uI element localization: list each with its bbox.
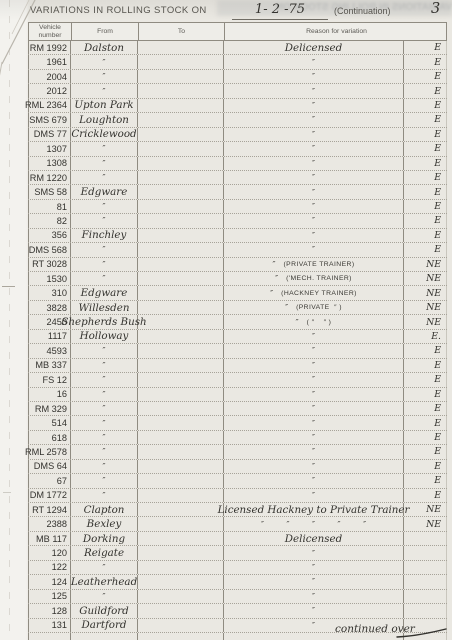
margin-tick	[3, 492, 11, 493]
table-row: 125 ″ ″	[28, 590, 447, 604]
to-cell	[138, 258, 224, 271]
from-cell: Shepherds Bush	[71, 315, 138, 328]
status-cell: NE	[404, 315, 447, 328]
to-cell	[138, 315, 224, 328]
vehicle-number-cell: RM 1992	[28, 41, 71, 54]
status-cell: E	[404, 243, 447, 256]
status-cell: NE	[404, 272, 447, 285]
to-cell	[138, 402, 224, 415]
table-row: 2388 Bexley ″ ″ ″ ″ ″ NE	[28, 517, 447, 531]
from-location: Holloway	[80, 330, 129, 342]
ditto-mark: ″	[103, 476, 106, 485]
from-cell: ″	[71, 445, 138, 458]
status-cell: E	[404, 431, 447, 444]
from-location: Dartford	[82, 619, 127, 631]
vehicle-number-cell: RML 2578	[28, 445, 71, 458]
to-cell	[138, 633, 224, 640]
from-cell: Dorking	[71, 532, 138, 545]
ditto-mark: ″	[103, 433, 106, 442]
vehicle-number-cell: RT 1294	[28, 503, 71, 516]
table-row: 2450 Shepherds Bush ″( ″ ″ ) NE	[28, 315, 447, 329]
vehicle-number-cell: 1117	[28, 330, 71, 343]
to-cell	[138, 301, 224, 314]
continuation-label: (Continuation)	[334, 6, 391, 16]
to-cell	[138, 113, 224, 126]
ditto-mark: ″	[312, 202, 315, 211]
from-cell: ″	[71, 70, 138, 83]
ditto-mark: ″	[103, 404, 106, 413]
from-cell: ″	[71, 388, 138, 401]
to-cell	[138, 416, 224, 429]
table-row: 356 Finchley ″ E	[28, 229, 447, 243]
vehicle-number-cell: RT 3028	[28, 258, 71, 271]
to-cell	[138, 359, 224, 372]
vehicle-number-cell: MB 117	[28, 532, 71, 545]
ditto-mark: ″	[103, 375, 106, 384]
vehicle-number-cell: 122	[28, 561, 71, 574]
vehicle-number-cell: 356	[28, 229, 71, 242]
to-cell	[138, 590, 224, 603]
vehicle-number-cell: 618	[28, 431, 71, 444]
ditto-mark: ″	[312, 159, 315, 168]
table-row: RT 1294 Clapton Licensed Hackney to Priv…	[28, 503, 447, 517]
reason-cell: ″	[224, 214, 404, 227]
ditto-mark: ″	[103, 144, 106, 153]
reason-cell: ″	[224, 546, 404, 559]
to-cell	[138, 70, 224, 83]
status-cell: E	[404, 157, 447, 170]
ditto-mark: ″	[103, 390, 106, 399]
ditto-mark: ″	[312, 87, 315, 96]
reason-cell: ″	[224, 388, 404, 401]
from-cell: ″	[71, 344, 138, 357]
from-cell: Clapton	[71, 503, 138, 516]
column-header-from: From	[72, 23, 139, 40]
from-location: Dorking	[83, 533, 125, 545]
to-cell	[138, 330, 224, 343]
table-row: 2012 ″ ″ E	[28, 84, 447, 98]
ditto-mark: ″	[103, 563, 106, 572]
vehicle-number-cell: MB 337	[28, 359, 71, 372]
status-cell: E	[404, 373, 447, 386]
status-cell: E	[404, 229, 447, 242]
column-header-text: number	[38, 32, 61, 40]
from-location: Upton Park	[74, 99, 133, 111]
from-location: Edgware	[81, 287, 128, 299]
ditto-mark: ″	[312, 216, 315, 225]
table-row: 81 ″ ″ E	[28, 200, 447, 214]
to-cell	[138, 445, 224, 458]
ditto-mark: ″	[312, 72, 315, 81]
to-cell	[138, 84, 224, 97]
status-cell	[404, 575, 447, 588]
vehicle-number-cell: 81	[28, 200, 71, 213]
to-cell	[138, 561, 224, 574]
reason-cell: ″	[224, 157, 404, 170]
from-cell: Edgware	[71, 185, 138, 198]
to-cell	[138, 229, 224, 242]
vehicle-number-cell: 2388	[28, 517, 71, 530]
from-location: Clapton	[84, 504, 125, 516]
table-body: RM 1992 Dalston Delicensed E 1961 ″ ″ E …	[28, 41, 447, 640]
vehicle-number-cell: DMS 64	[28, 460, 71, 473]
reason-cell: ″ ″ ″ ″ ″	[224, 517, 404, 530]
to-cell	[138, 185, 224, 198]
table-row: 2004 ″ ″ E	[28, 70, 447, 84]
reason-cell: Delicensed	[224, 41, 404, 54]
from-cell: ″	[71, 272, 138, 285]
to-cell	[138, 272, 224, 285]
vehicle-number-cell: 1961	[28, 55, 71, 68]
to-cell	[138, 99, 224, 112]
table-row: RM 329 ″ ″ E	[28, 402, 447, 416]
reason-cell: ″	[224, 561, 404, 574]
ditto-mark: ″	[312, 188, 315, 197]
table-row: 1117 Holloway ″ E.	[28, 330, 447, 344]
from-location: Leatherhead	[71, 576, 137, 588]
to-cell	[138, 373, 224, 386]
from-location: Loughton	[79, 114, 129, 126]
ditto-mark: ″	[103, 58, 106, 67]
ditto-mark: ″	[273, 260, 276, 269]
status-cell: NE	[404, 258, 447, 271]
ditto-mark: ″	[103, 202, 106, 211]
reason-cell: ″(PRIVATE ″ )	[224, 301, 404, 314]
rolling-stock-table: Vehicle number From To Reason for variat…	[28, 22, 447, 640]
ditto-mark: ″	[103, 159, 106, 168]
ditto-mark: ″	[312, 433, 315, 442]
table-row: DMS 568 ″ ″ E	[28, 243, 447, 257]
ditto-mark: ″	[312, 419, 315, 428]
table-row: RM 1220 ″ ″ E	[28, 171, 447, 185]
to-cell	[138, 286, 224, 299]
status-cell: E	[404, 200, 447, 213]
from-cell: Reigate	[71, 546, 138, 559]
vehicle-number-cell: 4593	[28, 344, 71, 357]
reason-cell: ″	[224, 243, 404, 256]
from-cell: ″	[71, 561, 138, 574]
to-cell	[138, 503, 224, 516]
table-row: 1961 ″ ″ E	[28, 55, 447, 69]
ditto-mark: ″	[312, 462, 315, 471]
table-row: 514 ″ ″ E	[28, 416, 447, 430]
vehicle-number-cell: 131	[28, 619, 71, 632]
to-cell	[138, 431, 224, 444]
table-row: SMS 679 Loughton ″ E	[28, 113, 447, 127]
reason-text: Delicensed	[285, 42, 342, 54]
status-cell: E	[404, 70, 447, 83]
ditto-mark: ″	[312, 577, 315, 586]
from-cell: ″	[71, 373, 138, 386]
reason-cell: ″	[224, 113, 404, 126]
status-cell: NE	[404, 301, 447, 314]
from-location: Edgware	[81, 186, 128, 198]
from-location: Reigate	[84, 547, 124, 559]
table-row: 16 ″ ″ E	[28, 388, 447, 402]
vehicle-number-cell: 120	[28, 546, 71, 559]
to-cell	[138, 489, 224, 502]
ditto-mark: ″	[103, 274, 106, 283]
to-cell	[138, 128, 224, 141]
ditto-mark: ″	[312, 245, 315, 254]
from-location: Dalston	[84, 42, 124, 54]
from-cell: ″	[71, 431, 138, 444]
status-cell: E	[404, 402, 447, 415]
reason-cell: ″	[224, 200, 404, 213]
ditto-mark: ″	[312, 606, 315, 615]
table-row: RT 3028 ″ ″(PRIVATE TRAINER) NE	[28, 258, 447, 272]
ditto-mark: ″	[103, 173, 106, 182]
from-location: Cricklewood	[71, 128, 136, 140]
from-cell: Holloway	[71, 330, 138, 343]
table-row: 82 ″ ″ E	[28, 214, 447, 228]
from-cell: ″	[71, 157, 138, 170]
reason-cell: ″	[224, 70, 404, 83]
status-cell: E	[404, 344, 447, 357]
from-cell	[71, 633, 138, 640]
reason-cell: ″	[224, 402, 404, 415]
from-cell: Bexley	[71, 517, 138, 530]
table-row: 120 Reigate ″	[28, 546, 447, 560]
margin-rule	[9, 0, 10, 640]
status-cell: E	[404, 489, 447, 502]
reason-cell: ″	[224, 330, 404, 343]
ditto-mark: ″	[312, 130, 315, 139]
reason-cell: Delicensed	[224, 532, 404, 545]
column-header-reason: Reason for variation	[225, 23, 448, 40]
ditto-mark: ″	[103, 361, 106, 370]
reason-annotation: (PRIVATE ″ )	[296, 304, 342, 311]
scanned-form-page: VARIATIONS IN ROLLING STOCK ON VARIATION…	[0, 0, 452, 640]
from-cell: Finchley	[71, 229, 138, 242]
reason-cell: ″	[224, 474, 404, 487]
ditto-mark: ″	[312, 491, 315, 500]
ditto-mark: ″	[312, 361, 315, 370]
from-cell: ″	[71, 590, 138, 603]
margin-tick	[2, 286, 15, 287]
reason-cell: ″('MECH. TRAINER)	[224, 272, 404, 285]
vehicle-number-cell: 2012	[28, 84, 71, 97]
status-cell: E	[404, 113, 447, 126]
table-row: 4593 ″ ″ E	[28, 344, 447, 358]
to-cell	[138, 388, 224, 401]
vehicle-number-cell: RML 2364	[28, 99, 71, 112]
reason-cell: ″(PRIVATE TRAINER)	[224, 258, 404, 271]
ditto-mark: ″	[312, 332, 315, 341]
table-row: DMS 64 ″ ″ E	[28, 460, 447, 474]
ditto-mark: ″	[103, 87, 106, 96]
from-location: Guildford	[79, 605, 129, 617]
to-cell	[138, 142, 224, 155]
column-header-to: To	[139, 23, 225, 40]
from-cell: ″	[71, 416, 138, 429]
to-cell	[138, 243, 224, 256]
status-cell: NE	[404, 286, 447, 299]
from-cell: Loughton	[71, 113, 138, 126]
vehicle-number-cell: SMS 58	[28, 185, 71, 198]
status-cell	[404, 604, 447, 617]
status-cell: E	[404, 388, 447, 401]
ditto-mark: ″	[312, 144, 315, 153]
to-cell	[138, 41, 224, 54]
ditto-mark: ″	[312, 447, 315, 456]
ditto-mark: ″	[312, 101, 315, 110]
ditto-mark: ″	[312, 375, 315, 384]
from-cell: ″	[71, 460, 138, 473]
vehicle-number-cell	[28, 633, 71, 640]
status-cell: E.	[404, 330, 447, 343]
ditto-mark: ″	[312, 621, 315, 630]
reason-cell: ″	[224, 55, 404, 68]
status-cell: E	[404, 445, 447, 458]
status-cell	[404, 546, 447, 559]
status-cell: E	[404, 474, 447, 487]
table-row: DM 1772 ″ ″ E	[28, 489, 447, 503]
to-cell	[138, 171, 224, 184]
table-row: 124 Leatherhead ″	[28, 575, 447, 589]
to-cell	[138, 157, 224, 170]
page-number: 3	[431, 1, 440, 17]
reason-cell: ″	[224, 445, 404, 458]
status-cell: E	[404, 142, 447, 155]
ditto-mark: ″	[270, 289, 273, 298]
vehicle-number-cell: 1530	[28, 272, 71, 285]
ditto-mark: ″	[312, 231, 315, 240]
reason-cell: ″	[224, 185, 404, 198]
reason-annotation: (HACKNEY TRAINER)	[281, 290, 357, 297]
from-cell: ″	[71, 359, 138, 372]
from-cell: Willesden	[71, 301, 138, 314]
reason-cell: ″(HACKNEY TRAINER)	[224, 286, 404, 299]
ditto-mark: ″	[103, 447, 106, 456]
table-row: 3828 Willesden ″(PRIVATE ″ ) NE	[28, 301, 447, 315]
ditto-mark: ″	[285, 303, 288, 312]
vehicle-number-cell: SMS 679	[28, 113, 71, 126]
from-cell: Guildford	[71, 604, 138, 617]
vehicle-number-cell: 1307	[28, 142, 71, 155]
status-cell: E	[404, 55, 447, 68]
to-cell	[138, 474, 224, 487]
table-header-row: Vehicle number From To Reason for variat…	[28, 22, 447, 41]
to-cell	[138, 214, 224, 227]
from-cell: ″	[71, 258, 138, 271]
from-cell: ″	[71, 243, 138, 256]
status-cell: E	[404, 84, 447, 97]
ditto-mark: ″	[103, 216, 106, 225]
column-header-text: Vehicle	[39, 24, 61, 32]
table-row: SMS 58 Edgware ″ E	[28, 185, 447, 199]
from-cell: Leatherhead	[71, 575, 138, 588]
continued-over-note: continued over	[335, 623, 415, 635]
table-row: MB 337 ″ ″ E	[28, 359, 447, 373]
status-cell	[404, 590, 447, 603]
to-cell	[138, 546, 224, 559]
vehicle-number-cell: 128	[28, 604, 71, 617]
from-cell: ″	[71, 84, 138, 97]
reason-cell: ″	[224, 590, 404, 603]
column-header-vehicle-number: Vehicle number	[29, 23, 72, 40]
form-title: VARIATIONS IN ROLLING STOCK ON	[30, 5, 207, 16]
ditto-mark: ″	[103, 72, 106, 81]
reason-cell: ″	[224, 489, 404, 502]
from-cell: Cricklewood	[71, 128, 138, 141]
status-cell: E	[404, 99, 447, 112]
reason-cell: ″	[224, 575, 404, 588]
reason-cell: ″	[224, 128, 404, 141]
reason-cell: ″	[224, 344, 404, 357]
table-row: RML 2578 ″ ″ E	[28, 445, 447, 459]
reason-cell: ″	[224, 229, 404, 242]
ditto-mark: ″	[312, 404, 315, 413]
status-cell: E	[404, 185, 447, 198]
table-row: RM 1992 Dalston Delicensed E	[28, 41, 447, 55]
to-cell	[138, 344, 224, 357]
status-cell	[404, 532, 447, 545]
table-row: 1307 ″ ″ E	[28, 142, 447, 156]
table-row: 67 ″ ″ E	[28, 474, 447, 488]
table-row: 122 ″ ″	[28, 561, 447, 575]
reason-cell: ″	[224, 142, 404, 155]
ditto-mark: ″	[312, 115, 315, 124]
ditto-mark: ″	[103, 245, 106, 254]
reason-cell: Licensed Hackney to Private Trainer	[224, 503, 404, 516]
ditto-mark: ″	[312, 58, 315, 67]
vehicle-number-cell: 2004	[28, 70, 71, 83]
status-cell: E	[404, 460, 447, 473]
ditto-mark: ″	[103, 462, 106, 471]
table-row: DMS 77 Cricklewood ″ E	[28, 128, 447, 142]
table-row: 128 Guildford ″	[28, 604, 447, 618]
vehicle-number-cell: RM 1220	[28, 171, 71, 184]
reason-cell: ″	[224, 373, 404, 386]
vehicle-number-cell: 125	[28, 590, 71, 603]
vehicle-number-cell: 67	[28, 474, 71, 487]
status-cell: NE	[404, 503, 447, 516]
ditto-mark: ″	[312, 592, 315, 601]
ditto-mark: ″	[103, 346, 106, 355]
table-row: FS 12 ″ ″ E	[28, 373, 447, 387]
to-cell	[138, 575, 224, 588]
status-cell: E	[404, 171, 447, 184]
status-cell: NE	[404, 517, 447, 530]
ditto-mark: ″	[312, 390, 315, 399]
vehicle-number-cell: 1308	[28, 157, 71, 170]
ditto-mark: ″	[275, 274, 278, 283]
from-cell: ″	[71, 171, 138, 184]
to-cell	[138, 200, 224, 213]
vehicle-number-cell: DM 1772	[28, 489, 71, 502]
reason-cell: ″	[224, 431, 404, 444]
vehicle-number-cell: 3828	[28, 301, 71, 314]
from-cell: Upton Park	[71, 99, 138, 112]
vehicle-number-cell: 514	[28, 416, 71, 429]
ditto-mark: ″	[296, 318, 299, 327]
reason-text: Licensed Hackney to Private Trainer	[218, 504, 410, 516]
reason-annotation: ( ″ ″ )	[307, 319, 332, 326]
vehicle-number-cell: 124	[28, 575, 71, 588]
vehicle-number-cell: DMS 568	[28, 243, 71, 256]
vehicle-number-cell: 16	[28, 388, 71, 401]
vehicle-number-cell: FS 12	[28, 373, 71, 386]
table-row: 310 Edgware ″(HACKNEY TRAINER) NE	[28, 286, 447, 300]
from-cell: Dalston	[71, 41, 138, 54]
from-cell: Edgware	[71, 286, 138, 299]
from-cell: ″	[71, 402, 138, 415]
from-cell: ″	[71, 142, 138, 155]
from-cell: ″	[71, 489, 138, 502]
ditto-mark: ″ ″ ″ ″ ″	[261, 520, 366, 529]
status-cell: E	[404, 128, 447, 141]
